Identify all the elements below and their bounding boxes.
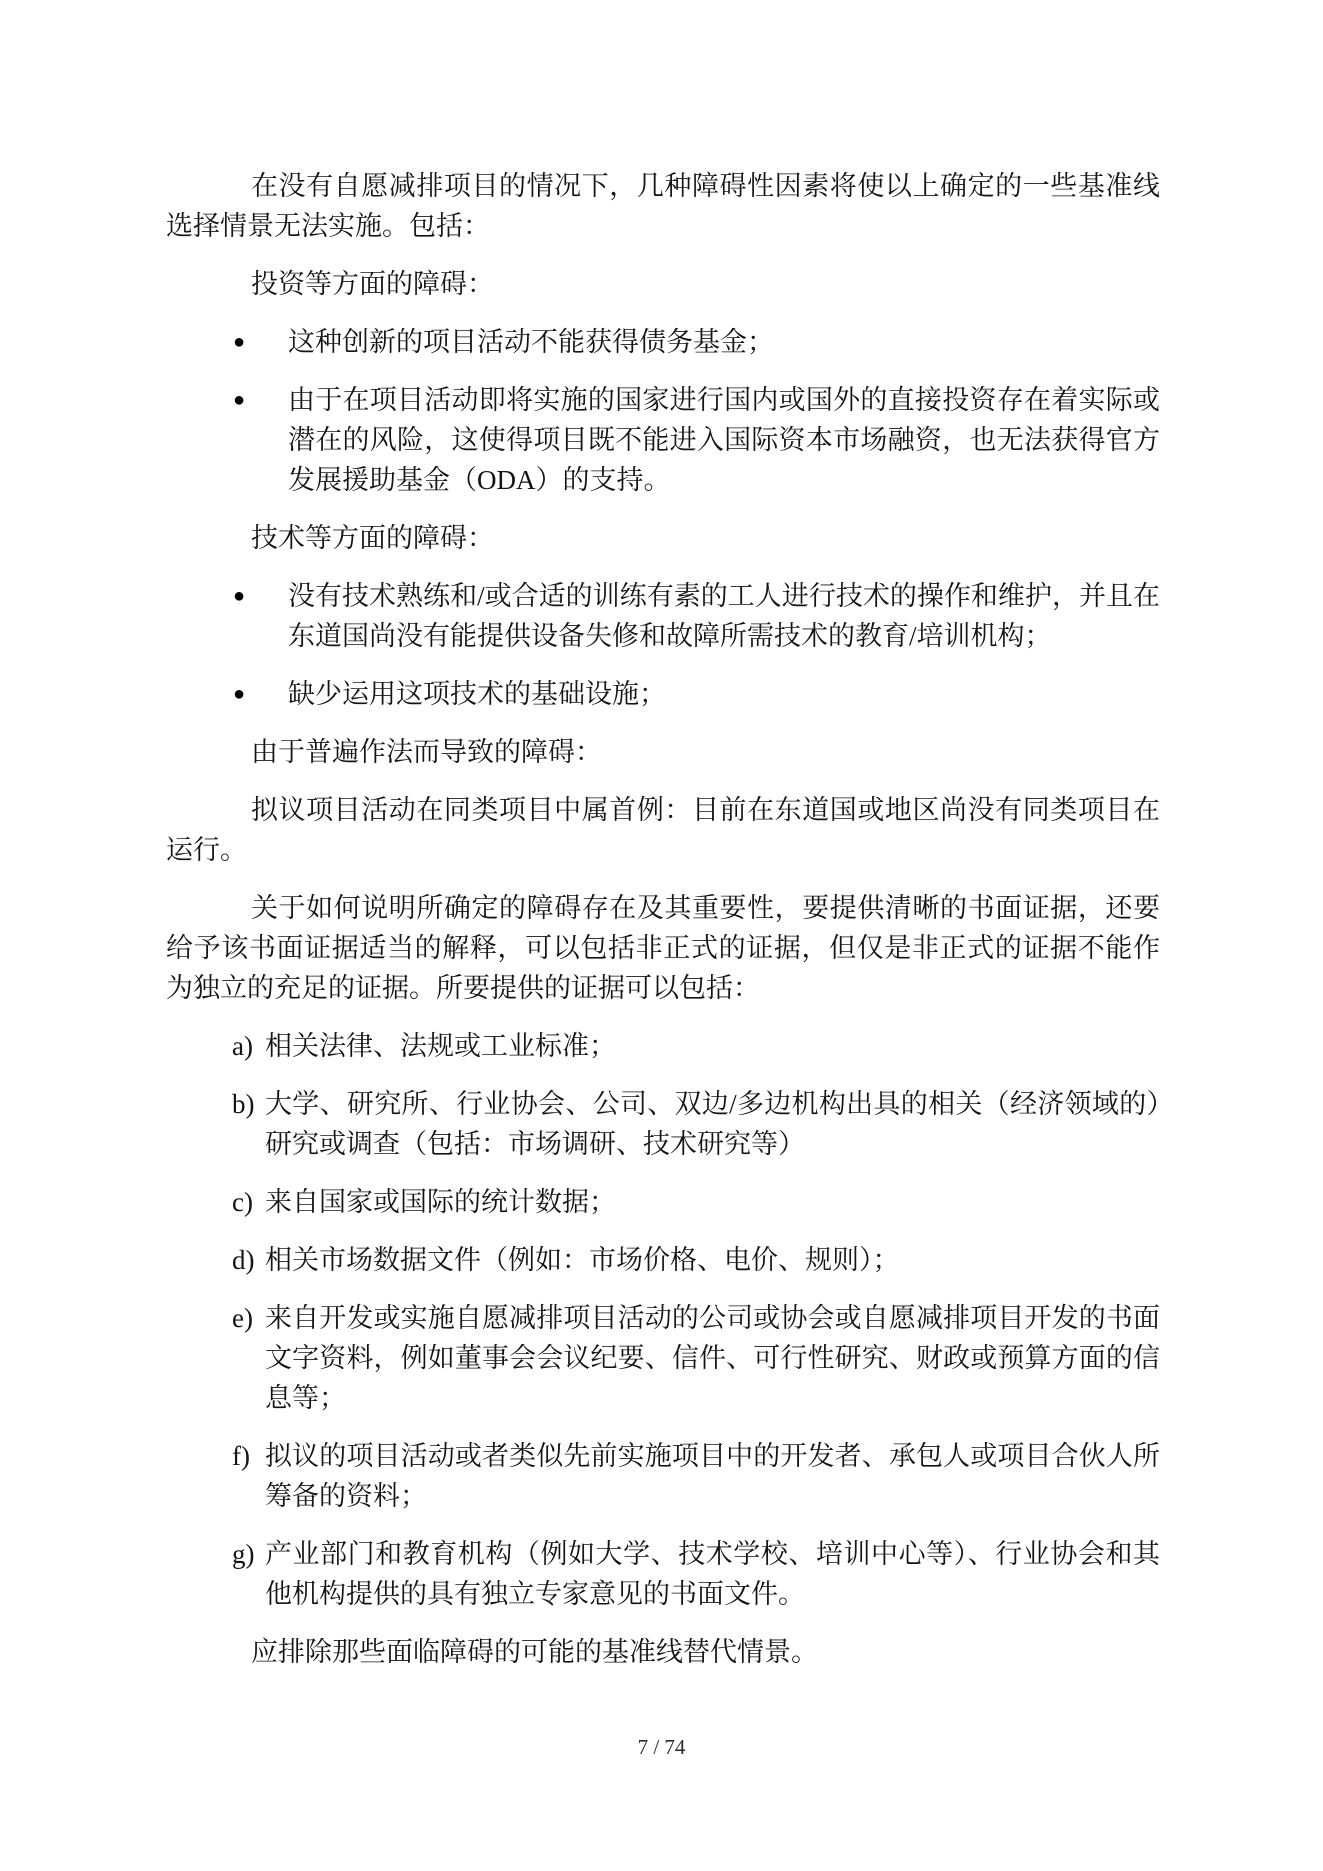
list-item: e)来自开发或实施自愿减排项目活动的公司或协会或自愿减排项目开发的书面文字资料，… (166, 1298, 1160, 1418)
list-marker: f) (232, 1436, 250, 1476)
list-item: f)拟议的项目活动或者类似先前实施项目中的开发者、承包人或项目合伙人所筹备的资料… (166, 1436, 1160, 1516)
item-text: 产业部门和教育机构（例如大学、技术学校、培训中心等）、行业协会和其他机构提供的具… (265, 1539, 1160, 1609)
bullet-icon: ● (233, 576, 245, 616)
list-marker: g) (232, 1534, 255, 1574)
page-footer: 7 / 74 (0, 1734, 1323, 1760)
list-item: g)产业部门和教育机构（例如大学、技术学校、培训中心等）、行业协会和其他机构提供… (166, 1534, 1160, 1614)
list-marker: c) (232, 1182, 253, 1222)
list-item: a)相关法律、法规或工业标准； (166, 1026, 1160, 1066)
paragraph: 应排除那些面临障碍的可能的基准线替代情景。 (166, 1632, 1160, 1672)
list-marker: a) (232, 1026, 253, 1066)
item-text: 来自国家或国际的统计数据； (265, 1187, 616, 1217)
paragraph: 在没有自愿减排项目的情况下，几种障碍性因素将使以上确定的一些基准线选择情景无法实… (166, 166, 1160, 246)
list-marker: b) (232, 1084, 255, 1124)
paragraph: 关于如何说明所确定的障碍存在及其重要性，要提供清晰的书面证据，还要给予该书面证据… (166, 888, 1160, 1008)
bullet-icon: ● (233, 322, 245, 362)
item-text: 大学、研究所、行业协会、公司、双边/多边机构出具的相关（经济领域的）研究或调查（… (265, 1089, 1160, 1159)
list-item: c)来自国家或国际的统计数据； (166, 1182, 1160, 1222)
list-marker: d) (232, 1240, 255, 1280)
bullet-item: ●没有技术熟练和/或合适的训练有素的工人进行技术的操作和维护，并且在东道国尚没有… (166, 576, 1160, 656)
item-text: 没有技术熟练和/或合适的训练有素的工人进行技术的操作和维护，并且在东道国尚没有能… (288, 581, 1160, 651)
document-body: 在没有自愿减排项目的情况下，几种障碍性因素将使以上确定的一些基准线选择情景无法实… (166, 166, 1160, 1690)
paragraph: 投资等方面的障碍： (166, 264, 1160, 304)
paragraph: 由于普遍作法而导致的障碍： (166, 732, 1160, 772)
item-text: 拟议的项目活动或者类似先前实施项目中的开发者、承包人或项目合伙人所筹备的资料； (265, 1441, 1160, 1511)
item-text: 来自开发或实施自愿减排项目活动的公司或协会或自愿减排项目开发的书面文字资料，例如… (265, 1303, 1160, 1413)
bullet-item: ●由于在项目活动即将实施的国家进行国内或国外的直接投资存在着实际或潜在的风险，这… (166, 380, 1160, 500)
item-text: 这种创新的项目活动不能获得债务基金； (288, 327, 774, 357)
bullet-icon: ● (233, 674, 245, 714)
list-item: b)大学、研究所、行业协会、公司、双边/多边机构出具的相关（经济领域的）研究或调… (166, 1084, 1160, 1164)
item-text: 相关市场数据文件（例如：市场价格、电价、规则）； (265, 1245, 900, 1275)
item-text: 相关法律、法规或工业标准； (265, 1031, 616, 1061)
item-text: 由于在项目活动即将实施的国家进行国内或国外的直接投资存在着实际或潜在的风险，这使… (288, 385, 1160, 495)
bullet-item: ●缺少运用这项技术的基础设施； (166, 674, 1160, 714)
list-marker: e) (232, 1298, 253, 1338)
page-number: 7 / 74 (638, 1735, 686, 1759)
paragraph: 技术等方面的障碍： (166, 518, 1160, 558)
paragraph: 拟议项目活动在同类项目中属首例：目前在东道国或地区尚没有同类项目在运行。 (166, 790, 1160, 870)
document-page: 在没有自愿减排项目的情况下，几种障碍性因素将使以上确定的一些基准线选择情景无法实… (0, 0, 1323, 1871)
list-item: d)相关市场数据文件（例如：市场价格、电价、规则）； (166, 1240, 1160, 1280)
item-text: 缺少运用这项技术的基础设施； (288, 679, 666, 709)
bullet-item: ●这种创新的项目活动不能获得债务基金； (166, 322, 1160, 362)
bullet-icon: ● (233, 380, 245, 420)
